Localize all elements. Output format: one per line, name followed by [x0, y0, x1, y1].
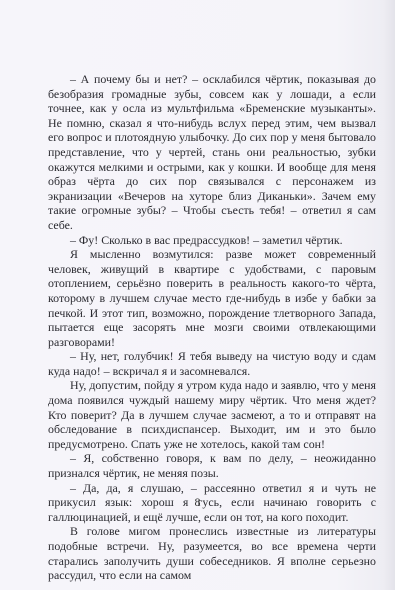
paragraph: Ну, допустим, пойду я утром куда надо и … [48, 378, 376, 451]
paragraph: – Ну, нет, голубчик! Я тебя выведу на чи… [48, 349, 376, 378]
paragraph: – Я, собственно говоря, к вам по делу, –… [48, 451, 376, 480]
paragraph: В голове мигом пронеслись известные из л… [48, 524, 376, 582]
page-number: 8 [0, 495, 395, 510]
paragraph: – А почему бы и нет? – осклабился чёртик… [48, 72, 376, 233]
paragraph: Я мысленно возмутился: разве может совре… [48, 247, 376, 349]
book-page: – А почему бы и нет? – осклабился чёртик… [0, 0, 395, 590]
paragraph: – Фу! Сколько в вас предрассудков! – зам… [48, 233, 376, 248]
